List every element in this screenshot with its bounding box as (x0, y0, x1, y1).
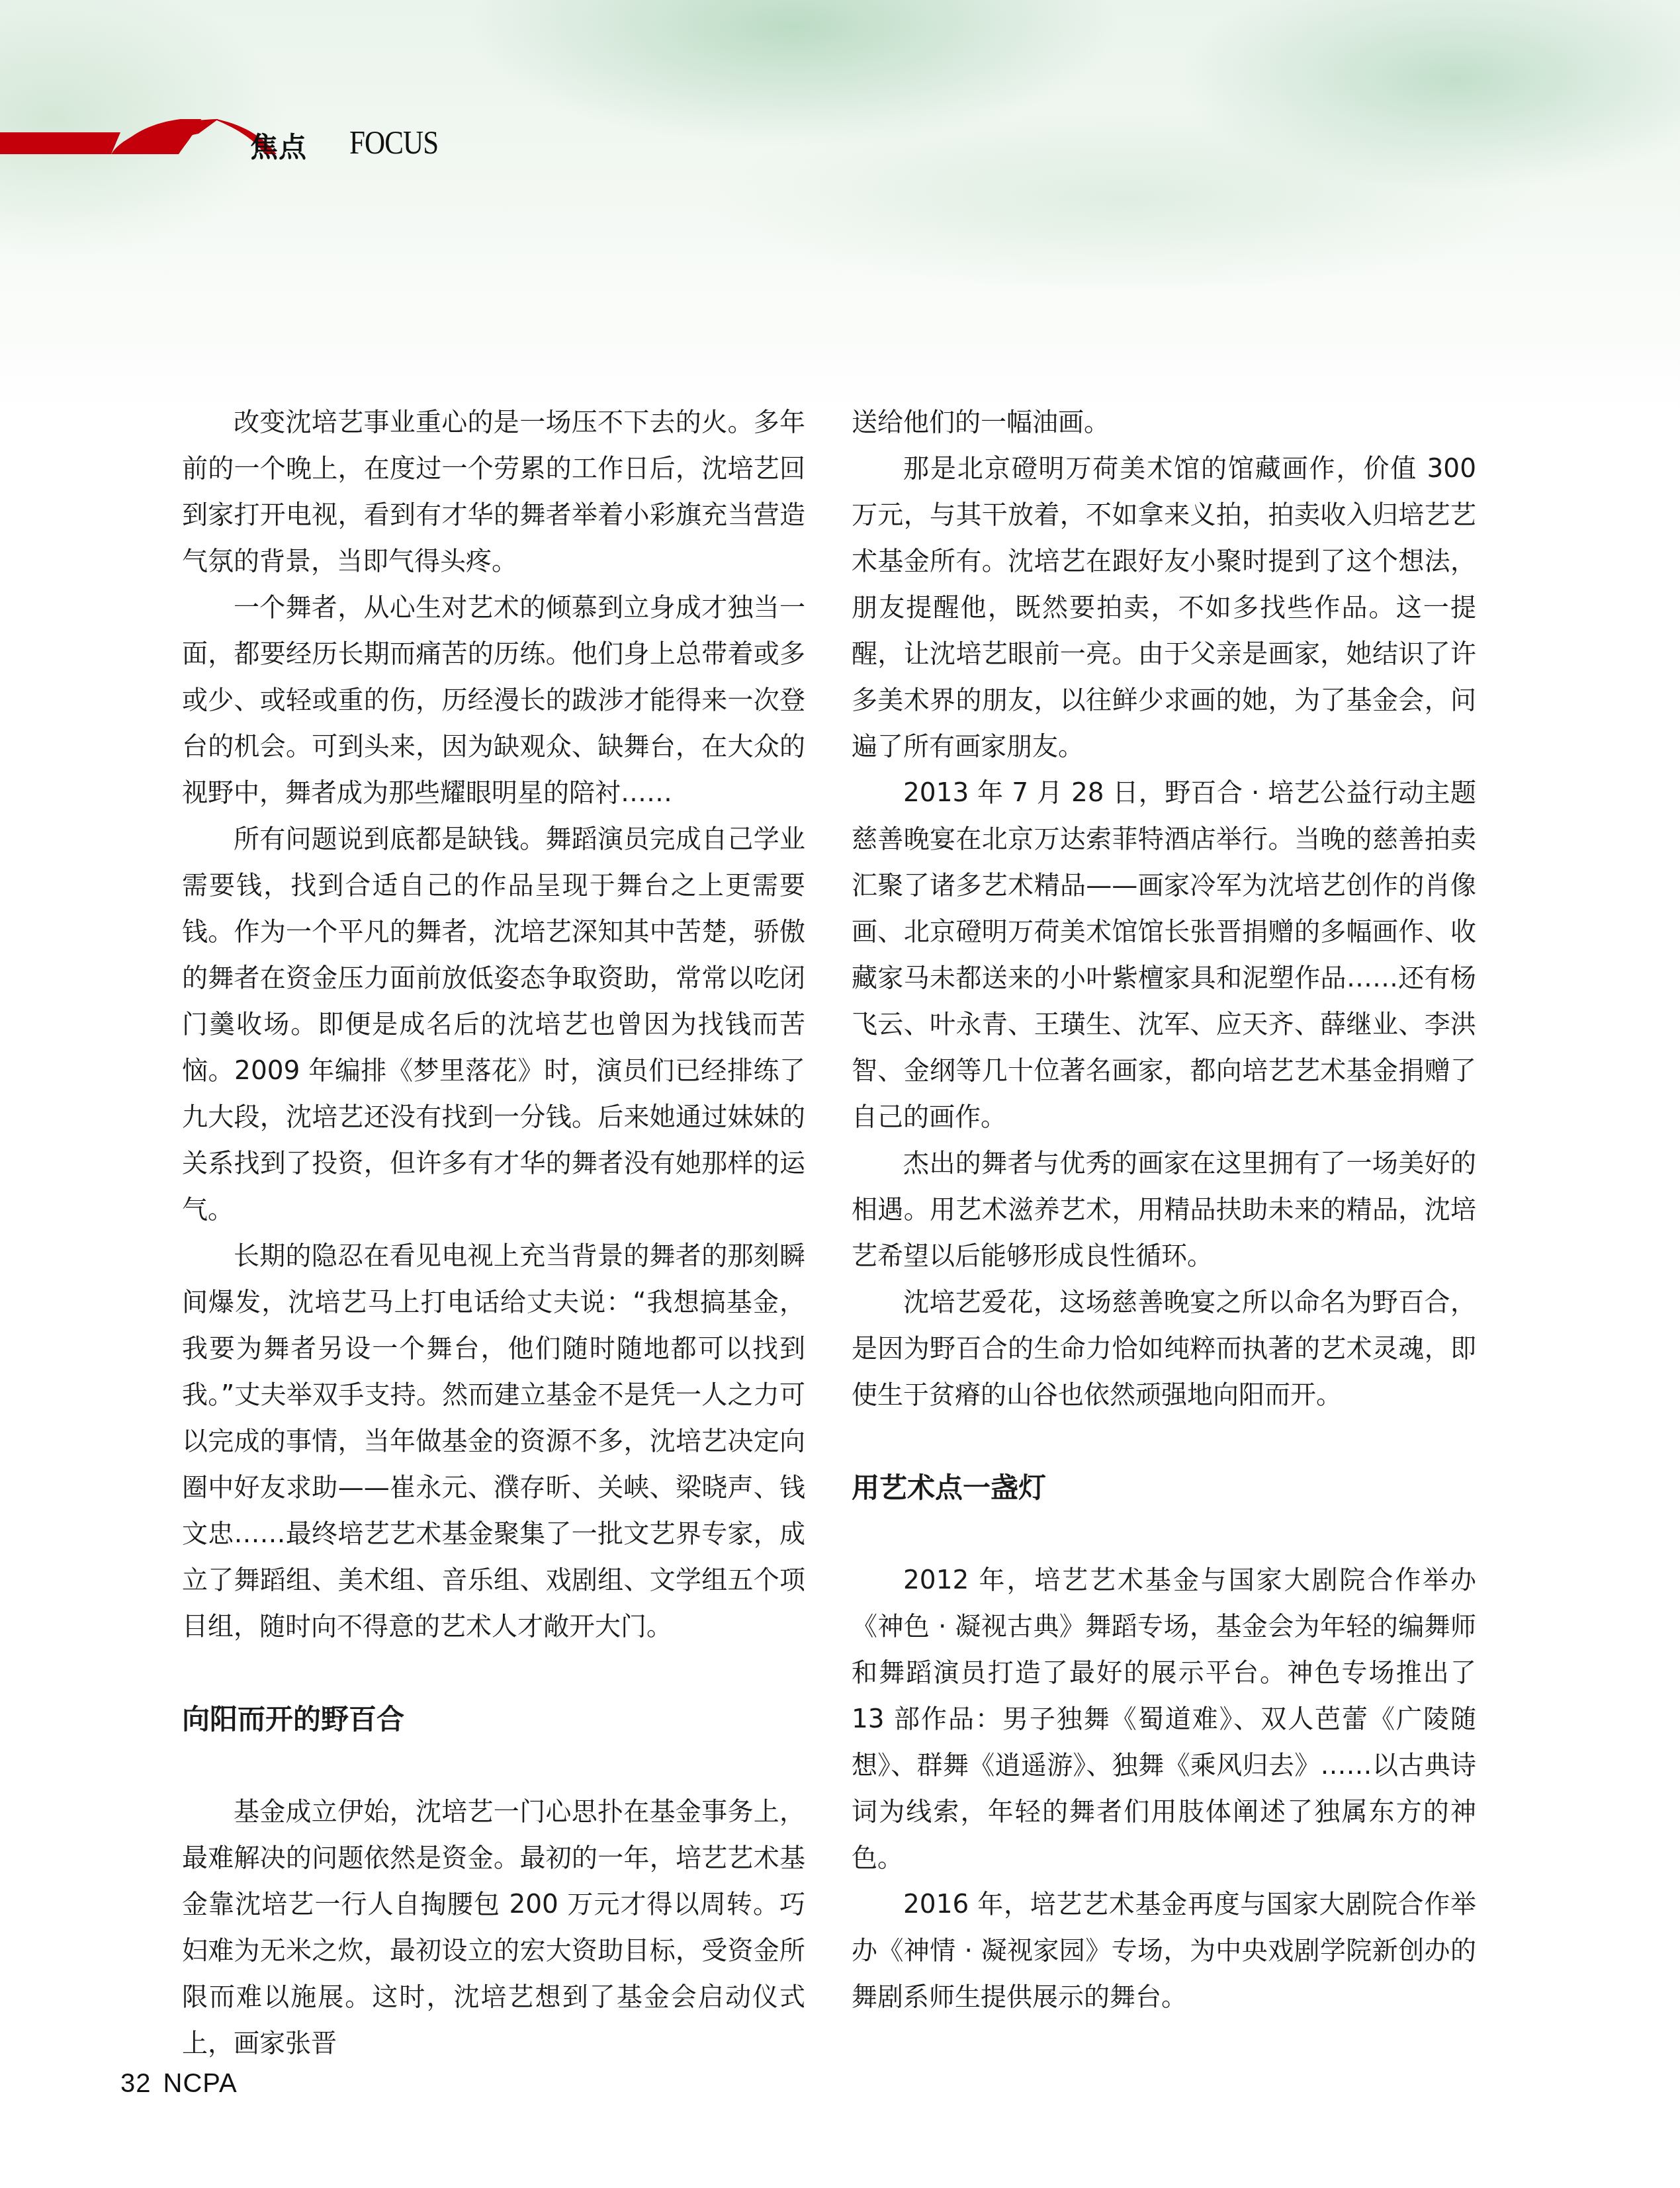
paragraph: 一个舞者，从心生对艺术的倾慕到立身成才独当一面，都要经历长期而痛苦的历练。他们身… (182, 585, 805, 816)
page-number: 32 (120, 2069, 152, 2098)
paragraph: 改变沈培艺事业重心的是一场压不下去的火。多年前的一个晚上，在度过一个劳累的工作日… (182, 400, 805, 585)
background-watercolor-wash (0, 0, 1680, 423)
spacer (182, 1650, 805, 1696)
paragraph: 基金成立伊始，沈培艺一门心思扑在基金事务上，最难解决的问题依然是资金。最初的一年… (182, 1789, 805, 2067)
paragraph: 2016 年，培艺艺术基金再度与国家大剧院合作举办《神情 · 凝视家园》专场，为… (852, 1882, 1476, 2021)
paragraph: 所有问题说到底都是缺钱。舞蹈演员完成自己学业需要钱，找到合适自己的作品呈现于舞台… (182, 816, 805, 1233)
page-footer: 32NCPA (120, 2069, 238, 2099)
spacer (182, 1743, 805, 1789)
section-heading: 向阳而开的野百合 (182, 1696, 805, 1743)
section-label-chinese: 焦点 (250, 126, 307, 165)
section-label-english: FOCUS (349, 123, 438, 161)
spacer (852, 1511, 1476, 1557)
paragraph: 那是北京磴明万荷美术馆的馆藏画作，价值 300 万元，与其干放着，不如拿来义拍，… (852, 446, 1476, 770)
article-column-left: 改变沈培艺事业重心的是一场压不下去的火。多年前的一个晚上，在度过一个劳累的工作日… (182, 400, 805, 2067)
paragraph: 2012 年，培艺艺术基金与国家大剧院合作举办《神色 · 凝视古典》舞蹈专场，基… (852, 1557, 1476, 1882)
publication-name: NCPA (163, 2069, 238, 2098)
spacer (852, 1419, 1476, 1465)
paragraph: 长期的隐忍在看见电视上充当背景的舞者的那刻瞬间爆发，沈培艺马上打电话给丈夫说：“… (182, 1233, 805, 1650)
paragraph: 杰出的舞者与优秀的画家在这里拥有了一场美好的相遇。用艺术滋养艺术，用精品扶助未来… (852, 1141, 1476, 1280)
paragraph: 2013 年 7 月 28 日，野百合 · 培艺公益行动主题慈善晚宴在北京万达索… (852, 770, 1476, 1141)
paragraph-continuation: 送给他们的一幅油画。 (852, 400, 1476, 446)
article-column-right: 送给他们的一幅油画。 那是北京磴明万荷美术馆的馆藏画作，价值 300 万元，与其… (852, 400, 1476, 2021)
section-heading: 用艺术点一盏灯 (852, 1465, 1476, 1511)
paragraph: 沈培艺爱花，这场慈善晚宴之所以命名为野百合，是因为野百合的生命力恰如纯粹而执著的… (852, 1280, 1476, 1419)
